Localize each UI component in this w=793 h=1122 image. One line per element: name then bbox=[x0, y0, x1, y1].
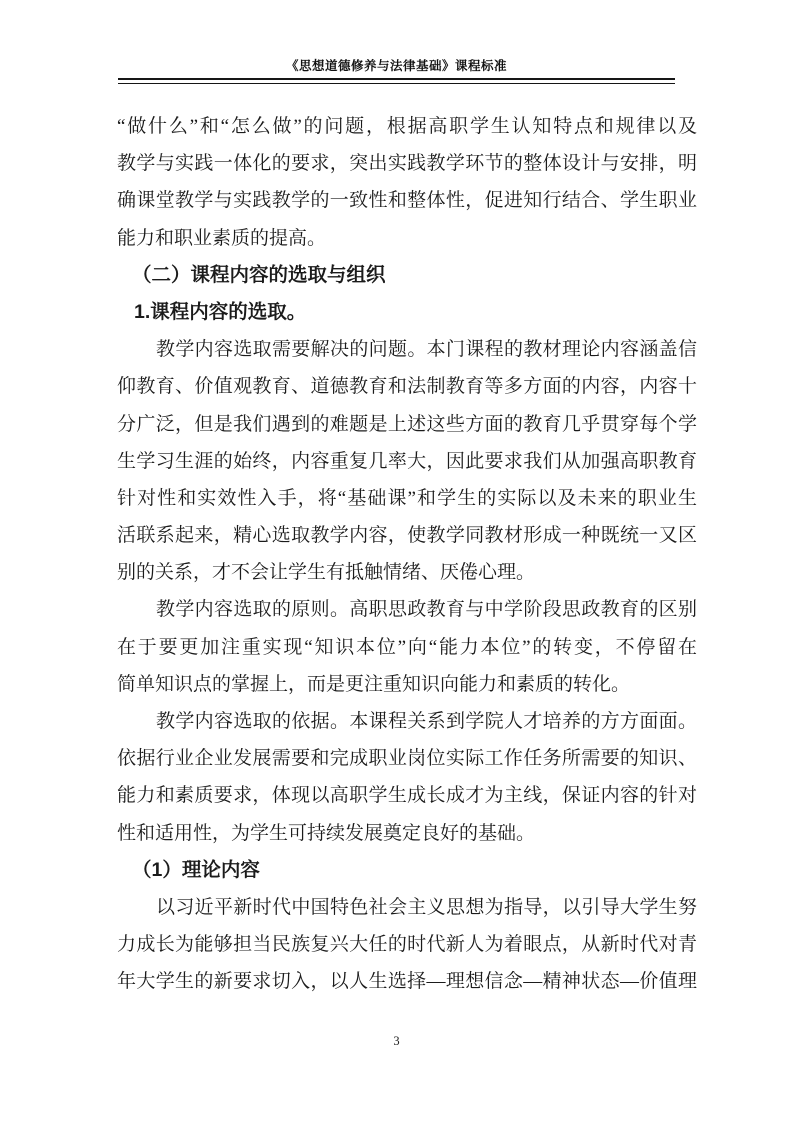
page-header-title: 《思想道德修养与法律基础》课程标准 bbox=[0, 56, 793, 74]
text-line: 依据行业企业发展需要和完成职业岗位实际工作任务所需要的知识、 bbox=[117, 740, 697, 777]
section-heading: （二）课程内容的选取与组织 bbox=[117, 257, 697, 294]
text-line: 简单知识点的掌握上，而是更注重知识向能力和素质的转化。 bbox=[117, 666, 697, 703]
text-line: 年大学生的新要求切入，以人生选择—理想信念—精神状态—价值理 bbox=[117, 963, 697, 1000]
text-line: 在于要更加注重实现“知识本位”向“能力本位”的转变，不停留在 bbox=[117, 629, 697, 666]
text-line: 能力和职业素质的提高。 bbox=[117, 220, 697, 257]
header-double-rule bbox=[118, 78, 675, 84]
text-line: “做什么”和“怎么做”的问题，根据高职学生认知特点和规律以及 bbox=[117, 108, 697, 145]
text-line: 教学与实践一体化的要求，突出实践教学环节的整体设计与安排，明 bbox=[117, 145, 697, 182]
text-line: 分广泛，但是我们遇到的难题是上述这些方面的教育几乎贯穿每个学 bbox=[117, 406, 697, 443]
section-heading: （1）理论内容 bbox=[117, 852, 697, 889]
text-line: 生学习生涯的始终，内容重复几率大，因此要求我们从加强高职教育 bbox=[117, 443, 697, 480]
text-line: 针对性和实效性入手，将“基础课”和学生的实际以及未来的职业生 bbox=[117, 480, 697, 517]
document-body: “做什么”和“怎么做”的问题，根据高职学生认知特点和规律以及教学与实践一体化的要… bbox=[117, 108, 697, 1001]
text-line: 能力和素质要求，体现以高职学生成长成才为主线，保证内容的针对 bbox=[117, 777, 697, 814]
document-page: 《思想道德修养与法律基础》课程标准 “做什么”和“怎么做”的问题，根据高职学生认… bbox=[0, 0, 793, 1122]
text-line: 性和适用性，为学生可持续发展奠定良好的基础。 bbox=[117, 815, 697, 852]
text-line: 教学内容选取的依据。本课程关系到学院人才培养的方方面面。 bbox=[117, 703, 697, 740]
text-line: 教学内容选取的原则。高职思政教育与中学阶段思政教育的区别 bbox=[117, 591, 697, 628]
page-number: 3 bbox=[0, 1034, 793, 1049]
text-line: 力成长为能够担当民族复兴大任的时代新人为着眼点，从新时代对青 bbox=[117, 926, 697, 963]
text-line: 别的关系，才不会让学生有抵触情绪、厌倦心理。 bbox=[117, 554, 697, 591]
text-line: 确课堂教学与实践教学的一致性和整体性，促进知行结合、学生职业 bbox=[117, 182, 697, 219]
text-line: 以习近平新时代中国特色社会主义思想为指导，以引导大学生努 bbox=[117, 889, 697, 926]
text-line: 仰教育、价值观教育、道德教育和法制教育等多方面的内容，内容十 bbox=[117, 368, 697, 405]
text-line: 教学内容选取需要解决的问题。本门课程的教材理论内容涵盖信 bbox=[117, 331, 697, 368]
text-line: 活联系起来，精心选取教学内容，使教学同教材形成一种既统一又区 bbox=[117, 517, 697, 554]
section-heading: 1.课程内容的选取。 bbox=[117, 294, 697, 331]
